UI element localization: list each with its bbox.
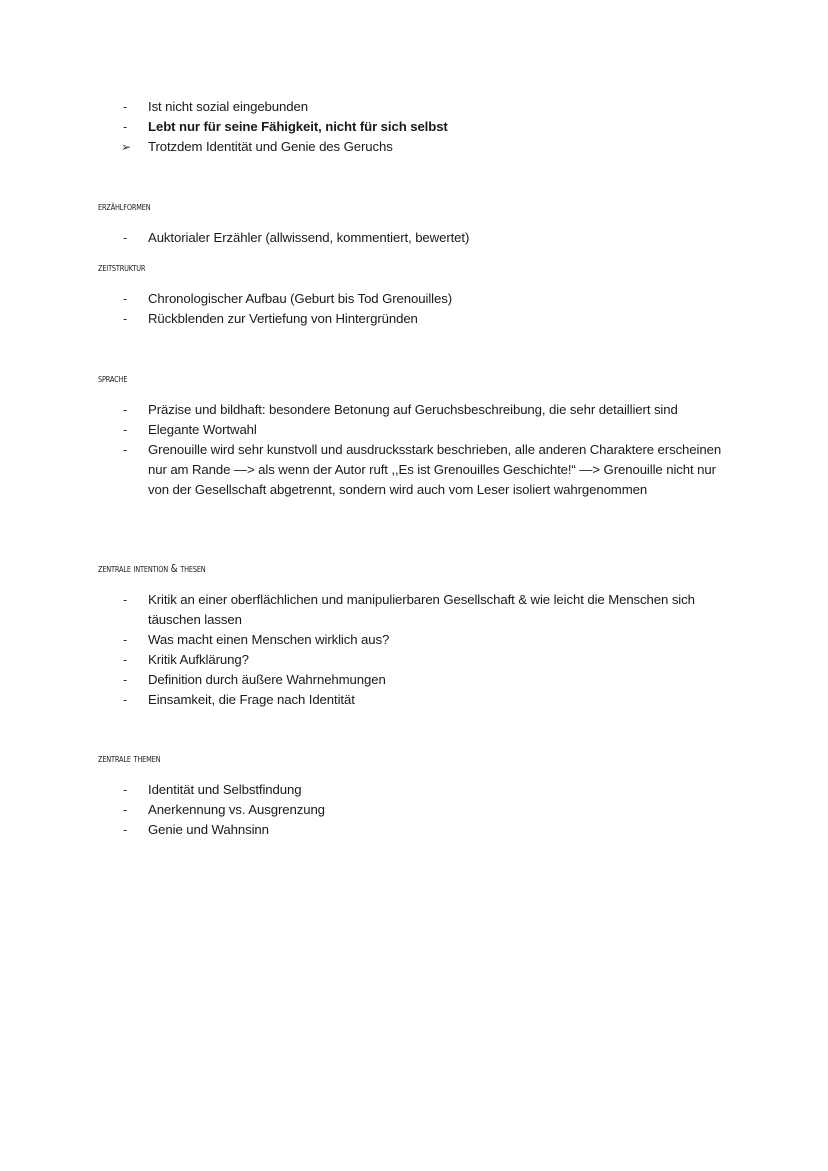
dash-bullet-icon: - — [123, 820, 137, 840]
list-item: - Kritik Aufklärung? — [0, 650, 738, 670]
arrow-bullet-icon: ➢ — [121, 137, 135, 157]
dash-bullet-icon: - — [123, 97, 137, 117]
list-item: - Lebt nur für seine Fähigkeit, nicht fü… — [0, 117, 738, 137]
dash-bullet-icon: - — [123, 309, 137, 329]
list-item: - Definition durch äußere Wahrnehmungen — [0, 670, 738, 690]
list-item: ➢ Trotzdem Identität und Genie des Geruc… — [0, 137, 738, 157]
dash-bullet-icon: - — [123, 228, 137, 248]
zeitstruktur-list: - Chronologischer Aufbau (Geburt bis Tod… — [0, 289, 738, 329]
list-item: - Identität und Selbstfindung — [0, 780, 738, 800]
dash-bullet-icon: - — [123, 117, 137, 137]
list-item: - Genie und Wahnsinn — [0, 820, 738, 840]
dash-bullet-icon: - — [123, 590, 137, 610]
intention-list: - Kritik an einer oberflächlichen und ma… — [0, 590, 738, 710]
list-item: - Kritik an einer oberflächlichen und ma… — [0, 590, 738, 630]
dash-bullet-icon: - — [123, 780, 137, 800]
list-item: - Elegante Wortwahl — [0, 420, 738, 440]
list-item: - Einsamkeit, die Frage nach Identität — [0, 690, 738, 710]
dash-bullet-icon: - — [123, 690, 137, 710]
section-heading-sprache: Sprache — [98, 371, 127, 387]
dash-bullet-icon: - — [123, 440, 137, 460]
themen-list: - Identität und Selbstfindung - Anerkenn… — [0, 780, 738, 840]
section-heading-erzaehlformen: Erzählformen — [98, 199, 151, 215]
list-item: - Grenouille wird sehr kunstvoll und aus… — [0, 440, 738, 500]
list-item: - Anerkennung vs. Ausgrenzung — [0, 800, 738, 820]
dash-bullet-icon: - — [123, 630, 137, 650]
dash-bullet-icon: - — [123, 400, 137, 420]
erzaehlformen-list: - Auktorialer Erzähler (allwissend, komm… — [0, 228, 738, 248]
list-item: - Chronologischer Aufbau (Geburt bis Tod… — [0, 289, 738, 309]
dash-bullet-icon: - — [123, 289, 137, 309]
list-item: - Auktorialer Erzähler (allwissend, komm… — [0, 228, 738, 248]
character-traits-list: - Ist nicht sozial eingebunden - Lebt nu… — [0, 97, 738, 157]
list-item: - Präzise und bildhaft: besondere Betonu… — [0, 400, 738, 420]
list-item: - Was macht einen Menschen wirklich aus? — [0, 630, 738, 650]
list-item: - Rückblenden zur Vertiefung von Hinterg… — [0, 309, 738, 329]
document-page: - Ist nicht sozial eingebunden - Lebt nu… — [0, 0, 828, 1171]
section-heading-zentrale-intention: Zentrale Intention & Thesen — [98, 561, 206, 577]
dash-bullet-icon: - — [123, 800, 137, 820]
list-item: - Ist nicht sozial eingebunden — [0, 97, 738, 117]
sprache-list: - Präzise und bildhaft: besondere Betonu… — [0, 400, 738, 500]
section-heading-zentrale-themen: Zentrale Themen — [98, 751, 160, 767]
section-heading-zeitstruktur: Zeitstruktur — [98, 260, 145, 276]
dash-bullet-icon: - — [123, 670, 137, 690]
dash-bullet-icon: - — [123, 650, 137, 670]
dash-bullet-icon: - — [123, 420, 137, 440]
